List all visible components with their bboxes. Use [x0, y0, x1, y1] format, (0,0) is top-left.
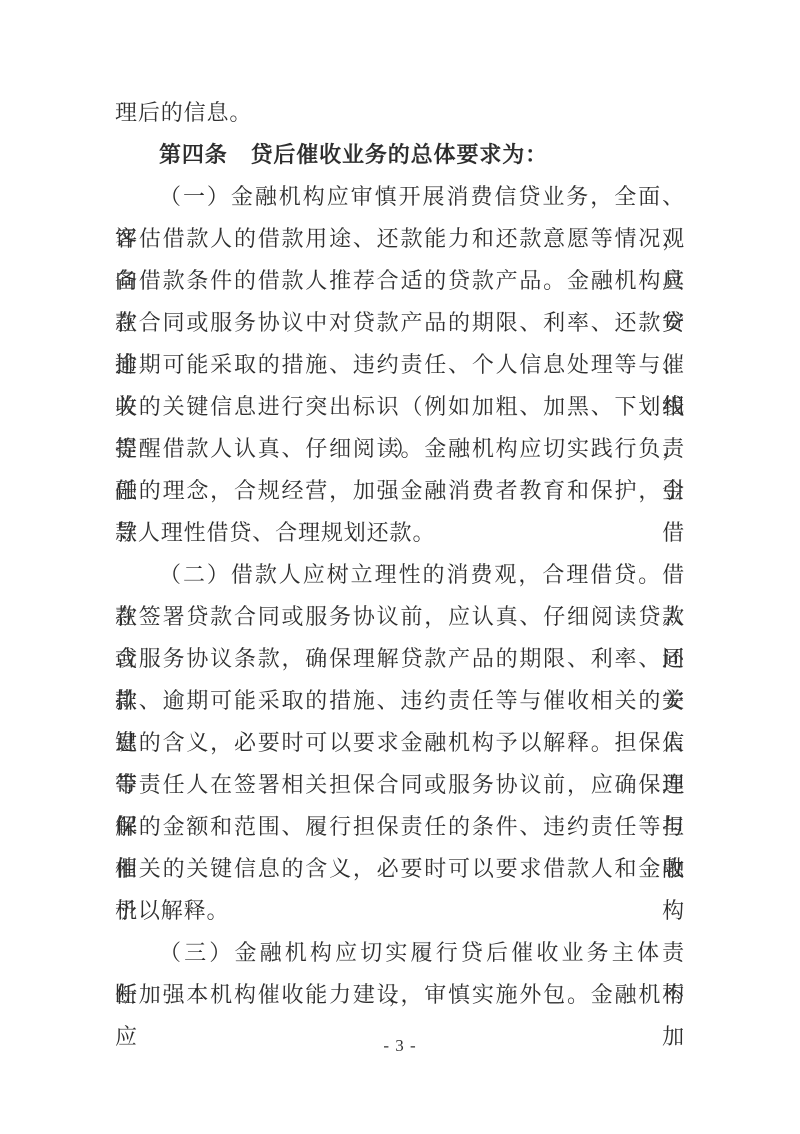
text-line: 保的金额和范围、履行担保责任的条件、违约责任等与催收: [115, 806, 685, 848]
text-line: （一）金融机构应审慎开展消费信贷业务，全面、客观: [115, 176, 685, 218]
text-line: 相关的关键信息的含义，必要时可以要求借款人和金融机构: [115, 848, 685, 890]
text-line: 融的理念，合规经营，加强金融消费者教育和保护，引导借: [115, 470, 685, 512]
text-line: 或服务协议条款，确保理解贷款产品的期限、利率、还款安: [115, 638, 685, 680]
text-line: 备借款条件的借款人推荐合适的贷款产品。金融机构应在贷: [115, 260, 685, 302]
text-line: 提醒借款人认真、仔细阅读。金融机构应切实践行负责任金: [115, 428, 685, 470]
page-number: - 3 -: [0, 1036, 800, 1056]
text-line: 在签署贷款合同或服务协议前，应认真、仔细阅读贷款合同: [115, 596, 685, 638]
text-line: 息的含义，必要时可以要求金融机构予以解释。担保人等连: [115, 722, 685, 764]
text-line: 带责任人在签署相关担保合同或服务协议前，应确保理解担: [115, 764, 685, 806]
text-line: （三）金融机构应切实履行贷后催收业务主体责任，不: [115, 932, 685, 974]
text-line: 排、逾期可能采取的措施、违约责任等与催收相关的关键信: [115, 680, 685, 722]
text-line: 款合同或服务协议中对贷款产品的期限、利率、还款安排、: [115, 302, 685, 344]
text-line: 关的关键信息进行突出标识（例如加粗、加黑、下划线等），: [115, 386, 685, 428]
text-line: 评估借款人的借款用途、还款能力和还款意愿等情况，向具: [115, 218, 685, 260]
text-line: 断加强本机构催收能力建设，审慎实施外包。金融机构应加: [115, 974, 685, 1016]
document-body: 理后的信息。 第四条 贷后催收业务的总体要求为： （一）金融机构应审慎开展消费信…: [115, 92, 685, 1016]
text-line: 逾期可能采取的措施、违约责任、个人信息处理等与催收相: [115, 344, 685, 386]
article-4-heading: 第四条 贷后催收业务的总体要求为：: [115, 134, 685, 176]
document-page: 理后的信息。 第四条 贷后催收业务的总体要求为： （一）金融机构应审慎开展消费信…: [0, 0, 800, 1134]
text-line: 理后的信息。: [115, 92, 685, 134]
text-line: （二）借款人应树立理性的消费观，合理借贷。借款人: [115, 554, 685, 596]
